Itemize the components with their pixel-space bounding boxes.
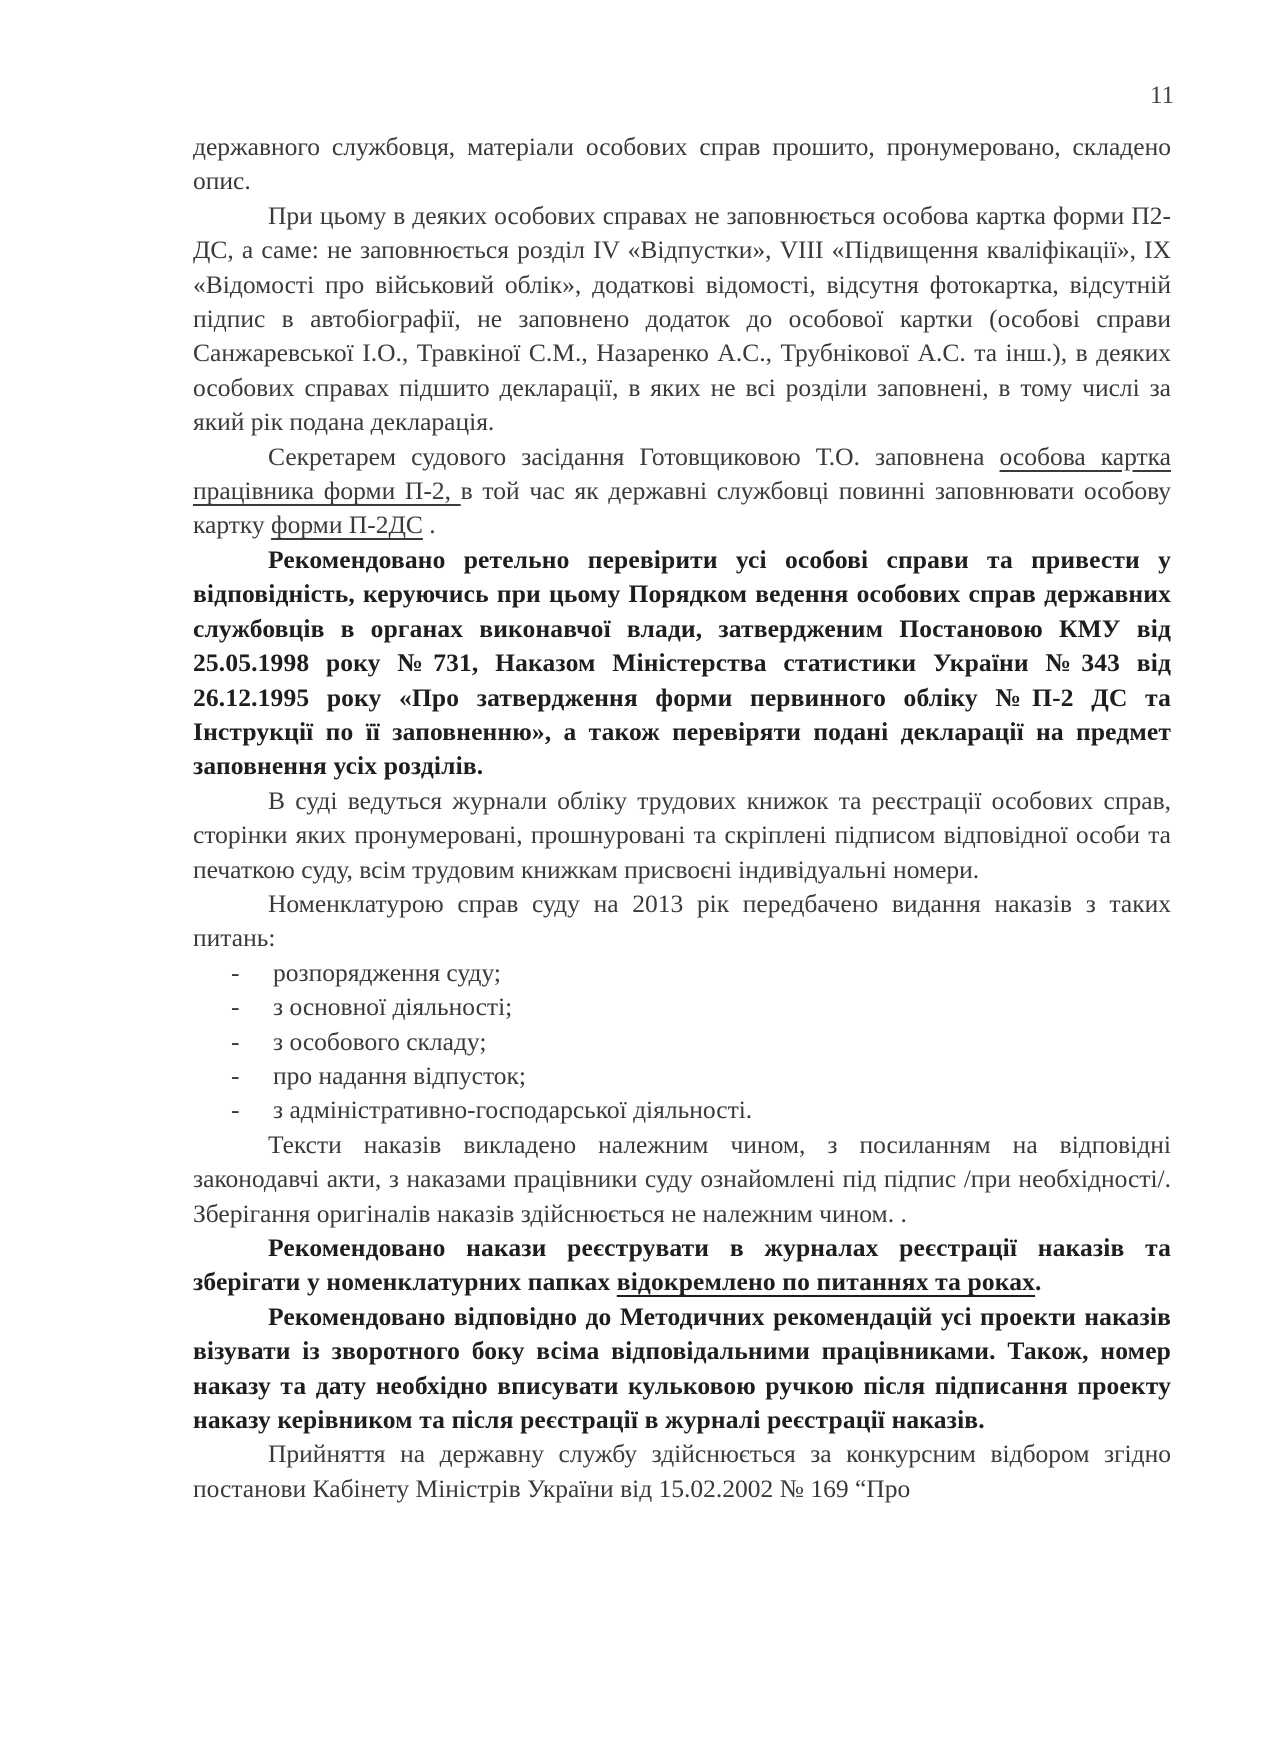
underlined-separately: відокремлено по питаннях та роках xyxy=(617,1267,1035,1296)
recommendation-order-registration: Рекомендовано накази реєструвати в журна… xyxy=(193,1231,1171,1300)
dash-bullet: - xyxy=(231,1093,240,1127)
order-types-list: -розпорядження суду; -з основної діяльно… xyxy=(193,956,1171,1128)
list-item-text: розпорядження суду; xyxy=(273,958,501,987)
dash-bullet: - xyxy=(231,1059,240,1093)
list-item-text: з особового складу; xyxy=(273,1027,486,1056)
recommendation-personal-files: Рекомендовано ретельно перевірити усі ос… xyxy=(193,543,1171,784)
list-item-text: з адміністративно-господарської діяльнос… xyxy=(273,1095,752,1124)
list-item: -розпорядження суду; xyxy=(193,956,1171,990)
text-segment: . xyxy=(423,510,436,539)
list-item: -з особового складу; xyxy=(193,1025,1171,1059)
text-segment: . xyxy=(1035,1267,1042,1296)
paragraph-civil-service-admission: Прийняття на державну службу здійснюєтьс… xyxy=(193,1437,1171,1506)
document-body: державного службовця, матеріали особових… xyxy=(193,130,1171,1506)
page-number: 11 xyxy=(1150,82,1174,110)
list-item: -з адміністративно-господарської діяльно… xyxy=(193,1093,1171,1127)
underlined-form-p2ds: форми П-2ДС xyxy=(271,510,423,539)
dash-bullet: - xyxy=(231,990,240,1024)
paragraph-secretary-form: Секретарем судового засідання Готовщиков… xyxy=(193,440,1171,543)
text-segment: Секретарем судового засідання Готовщиков… xyxy=(268,442,1000,471)
list-item-text: з основної діяльності; xyxy=(273,992,512,1021)
list-item: -з основної діяльності; xyxy=(193,990,1171,1024)
document-page: 11 державного службовця, матеріали особо… xyxy=(0,0,1275,1755)
dash-bullet: - xyxy=(231,956,240,990)
paragraph-order-texts: Тексти наказів викладено належним чином,… xyxy=(193,1128,1171,1231)
paragraph-nomenclature: Номенклатурою справ суду на 2013 рік пер… xyxy=(193,887,1171,956)
paragraph-personal-card-gaps: При цьому в деяких особових справах не з… xyxy=(193,199,1171,440)
paragraph-journals: В суді ведуться журнали обліку трудових … xyxy=(193,784,1171,887)
recommendation-order-visas: Рекомендовано відповідно до Методичних р… xyxy=(193,1300,1171,1438)
list-item: -про надання відпусток; xyxy=(193,1059,1171,1093)
list-item-text: про надання відпусток; xyxy=(273,1061,526,1090)
paragraph-continuation: державного службовця, матеріали особових… xyxy=(193,130,1171,199)
dash-bullet: - xyxy=(231,1025,240,1059)
